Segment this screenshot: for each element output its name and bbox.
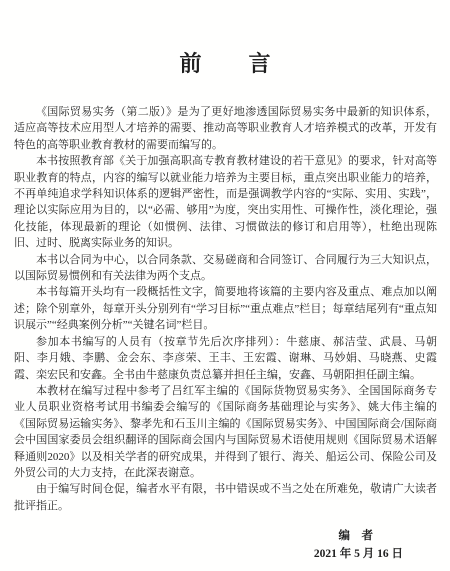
preface-page: 前 言 《国际贸易实务（第二版）》是为了更好地渗透国际贸易实务中最新的知识体系，…	[0, 0, 450, 571]
signature-block: 编 者 2021 年 5 月 16 日	[14, 527, 437, 563]
paragraph-4: 本书每篇开头均有一段概括性文字，简要地将该篇的主要内容及重点、难点加以阐述；除个…	[14, 284, 437, 333]
paragraph-1: 《国际贸易实务（第二版）》是为了更好地渗透国际贸易实务中最新的知识体系，适应高等…	[14, 104, 437, 153]
paragraph-5: 参加本书编写的人员有（按章节先后次序排列）：牛慈康、郝洁莹、武晨、马朝阳、李月娥…	[14, 334, 437, 383]
signature-author: 编 者	[14, 527, 437, 545]
signature-date: 2021 年 5 月 16 日	[14, 545, 437, 563]
paragraph-3: 本书以合同为中心，以合同条款、交易磋商和合同签订、合同履行为三大知识点，以国际贸…	[14, 252, 437, 285]
paragraph-2: 本书按照教育部《关于加强高职高专教育教材建设的若干意见》的要求，针对高等职业教育…	[14, 153, 437, 251]
page-title: 前 言	[14, 50, 437, 78]
paragraph-6: 本教材在编写过程中参考了吕红军主编的《国际货物贸易实务》、全国国际商务专业人员职…	[14, 383, 437, 481]
preface-body: 《国际贸易实务（第二版）》是为了更好地渗透国际贸易实务中最新的知识体系，适应高等…	[14, 104, 437, 514]
paragraph-7: 由于编写时间仓促，编者水平有限，书中错误或不当之处在所难免，敬请广大读者批评指正…	[14, 481, 437, 514]
